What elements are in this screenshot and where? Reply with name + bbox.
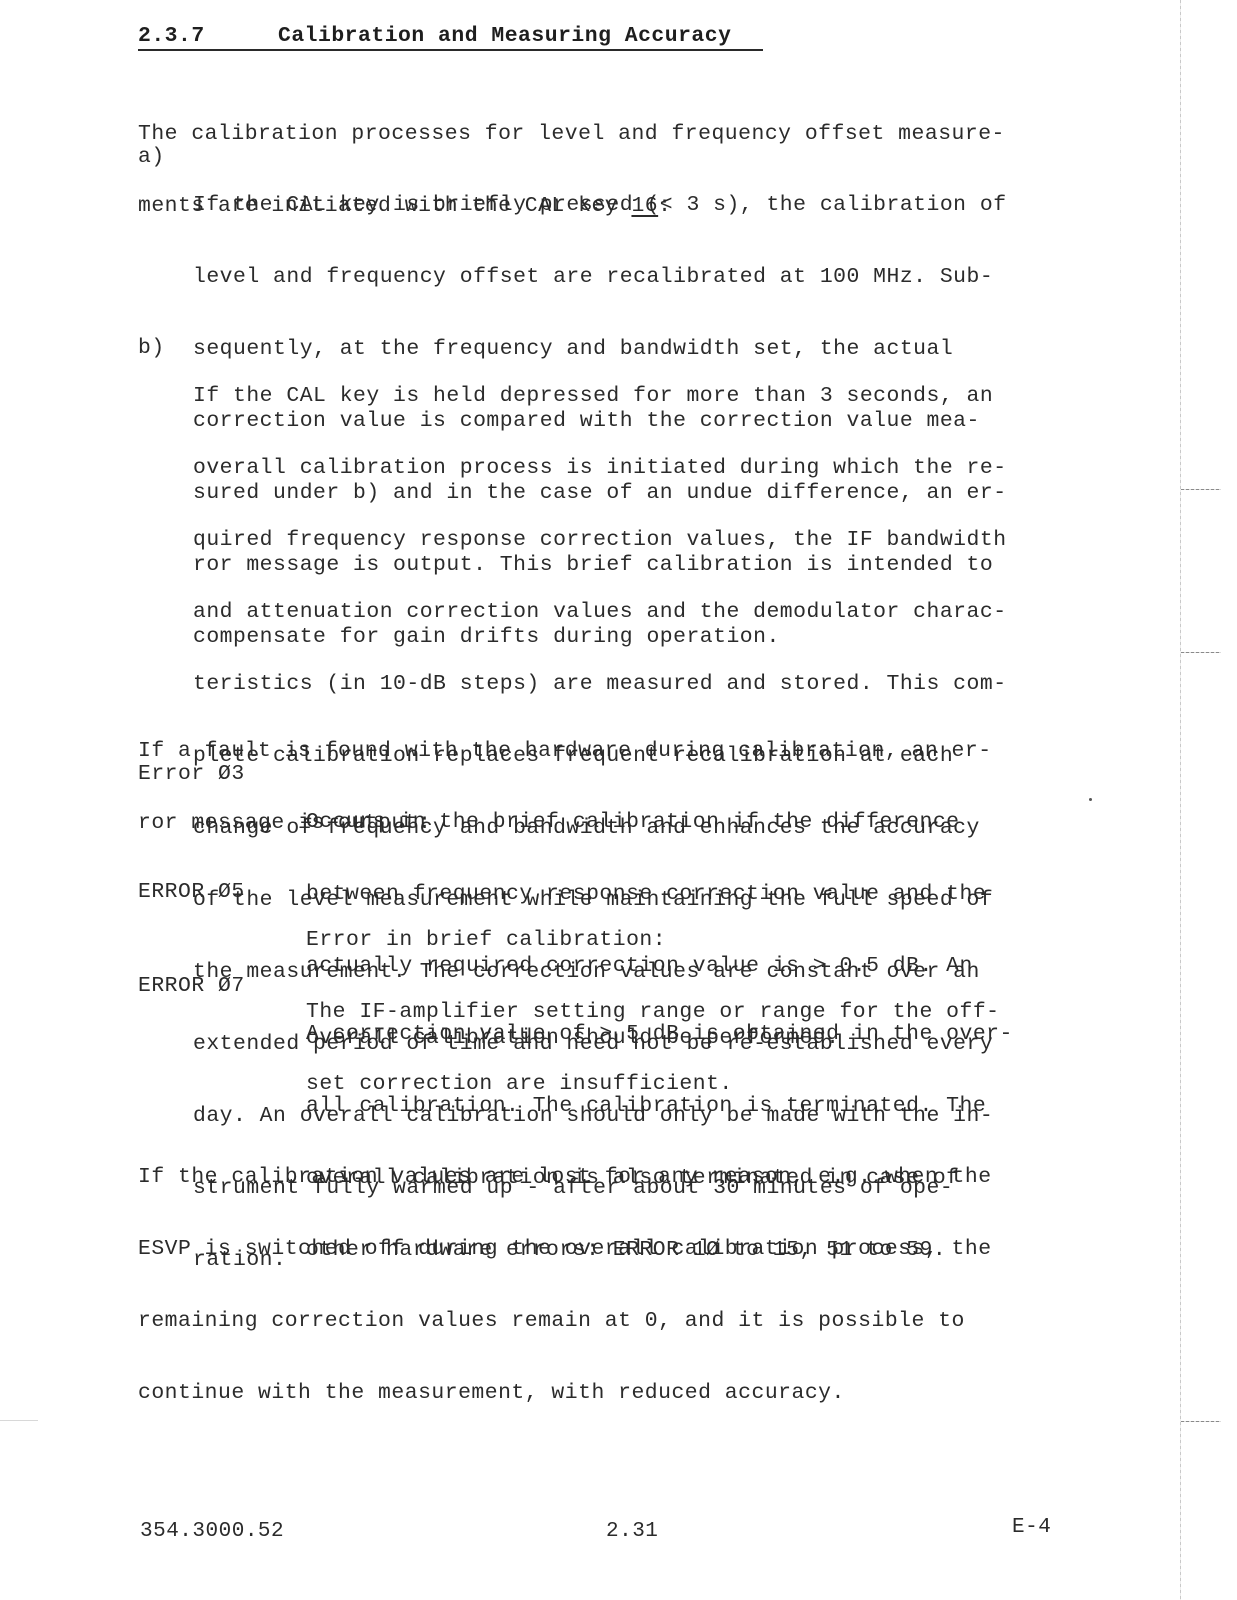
section-number: 2.3.7 [138, 24, 278, 48]
text-line: If the CAL key is briefly pressed (< 3 s… [193, 193, 1063, 217]
scan-mark [1181, 652, 1221, 653]
text-line: If the calibration values are lost for a… [138, 1165, 1068, 1189]
item-label-b: b) [138, 336, 165, 360]
footer-edition: E-4 [1012, 1516, 1051, 1540]
text-line: overall calibration process is initiated… [193, 456, 1063, 480]
text-line: remaining correction values remain at 0,… [138, 1309, 1068, 1333]
error-code-07: ERROR Ø7 [138, 974, 245, 998]
scan-mark-left [0, 1420, 38, 1421]
text-line: quired frequency response correction val… [193, 528, 1063, 552]
scan-edge-line [1180, 0, 1181, 1600]
text-line: Error in brief calibration: [306, 928, 1066, 952]
intro-line: The calibration processes for level and … [138, 122, 1068, 146]
text-line: continue with the measurement, with redu… [138, 1381, 1068, 1405]
error-code-05: ERROR Ø5 [138, 880, 245, 904]
footer-page-number: 2.31 [606, 1520, 658, 1544]
text-line: If the CAL key is held depressed for mor… [193, 384, 1063, 408]
text-line: Occurs in the brief calibration if the d… [306, 810, 1066, 834]
section-title: Calibration and Measuring Accuracy [278, 24, 731, 48]
speck-dot [1089, 798, 1092, 801]
scan-mark [1181, 489, 1221, 490]
heading-underline [138, 49, 763, 51]
section-heading: 2.3.7Calibration and Measuring Accuracy [138, 24, 731, 48]
error-code-03: Error Ø3 [138, 762, 245, 786]
footer-doc-number: 354.3000.52 [140, 1520, 284, 1544]
text-line: level and frequency offset are recalibra… [193, 265, 1063, 289]
item-label-a: a) [138, 145, 165, 169]
text-line: If a fault is found with the hardware du… [138, 739, 1068, 763]
text-line: and attenuation correction values and th… [193, 600, 1063, 624]
scan-mark [1181, 1421, 1221, 1422]
text-line: A correction value of > 5 dB is obtained… [306, 1022, 1066, 1046]
text-line: all calibration. The calibration is term… [306, 1094, 1066, 1118]
closing-paragraph: If the calibration values are lost for a… [138, 1117, 1068, 1453]
document-page: 2.3.7Calibration and Measuring Accuracy … [0, 0, 1237, 1600]
text-line: ESVP is switched off during the overall … [138, 1237, 1068, 1261]
